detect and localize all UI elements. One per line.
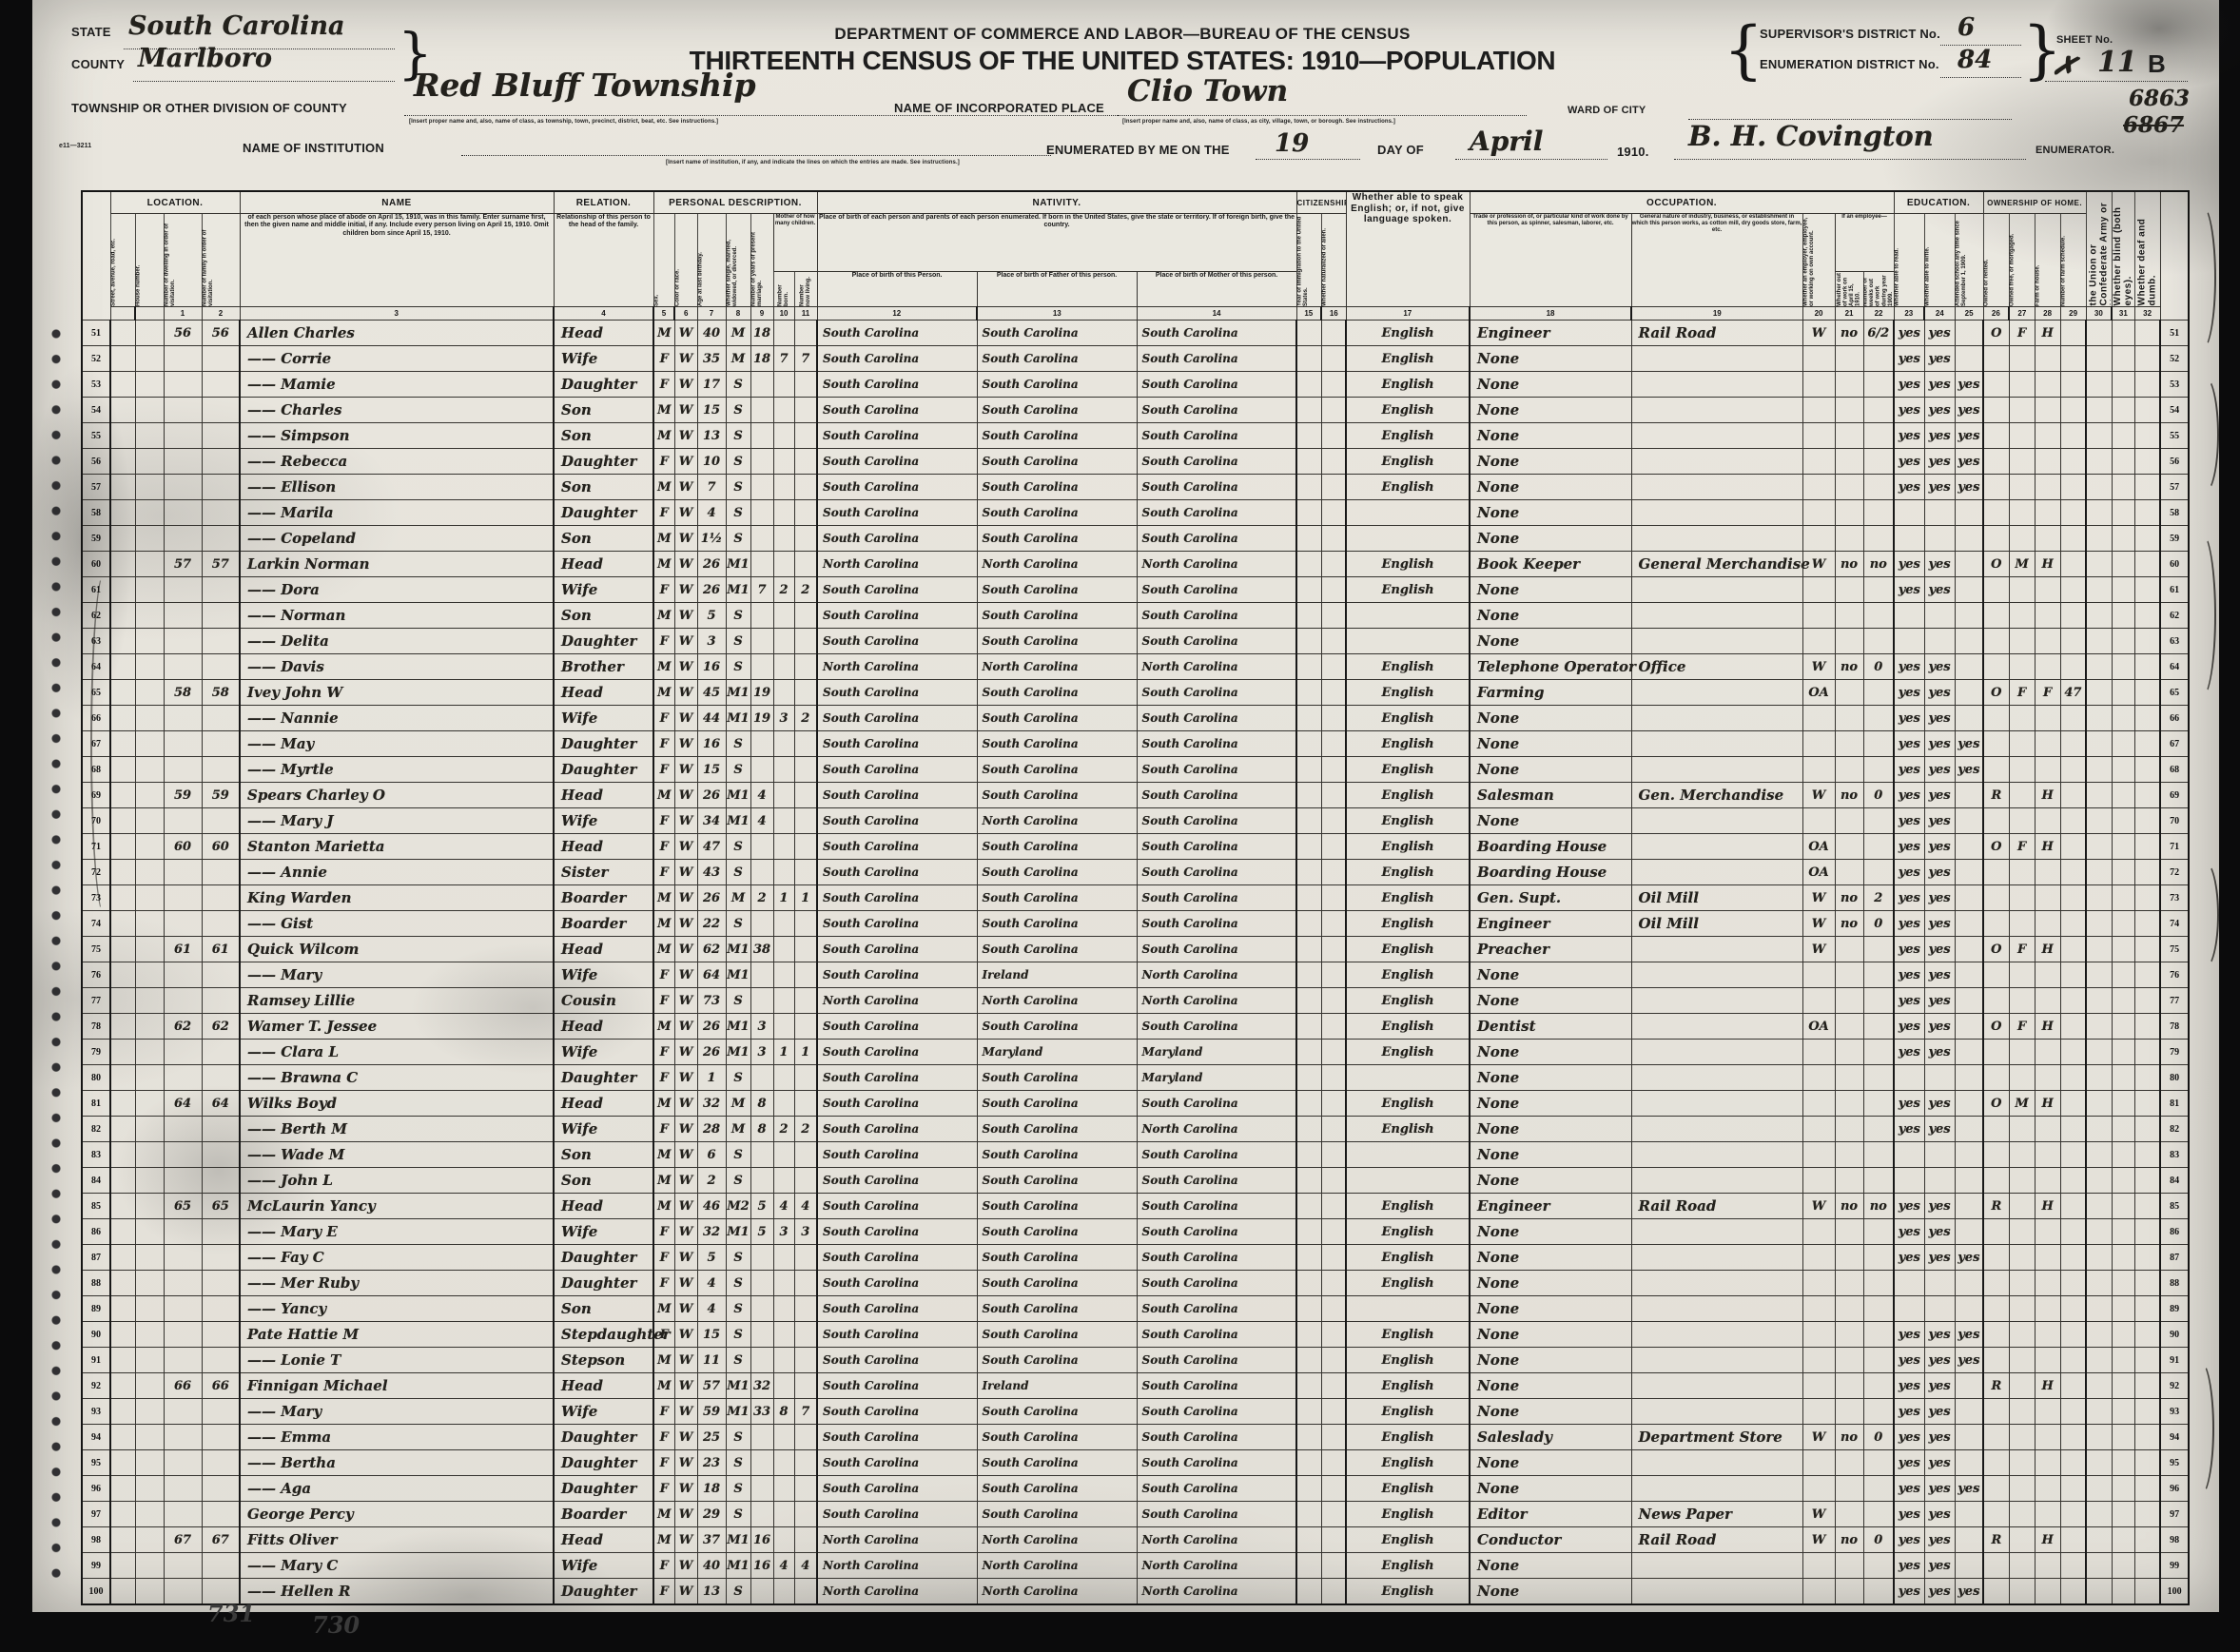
attended-school-cell <box>1955 1553 1983 1579</box>
blind-cell <box>2112 552 2134 577</box>
sex-cell: M <box>653 1527 674 1553</box>
attended-school-cell <box>1955 1219 1983 1245</box>
blind-cell <box>2112 423 2134 449</box>
person-name-cell: —— Delita <box>240 629 554 654</box>
industry-cell <box>1631 398 1802 423</box>
out-of-work-cell: no <box>1835 552 1863 577</box>
deaf-dumb-cell <box>2134 423 2160 449</box>
relation-cell: Wife <box>554 1040 653 1065</box>
blind-cell <box>2112 1296 2134 1322</box>
race-cell: W <box>674 1040 697 1065</box>
trade-cell: None <box>1470 1348 1631 1373</box>
attended-school-cell <box>1955 962 1983 988</box>
speaks-english-cell: English <box>1346 834 1470 860</box>
naturalized-cell <box>1321 1348 1346 1373</box>
attended-school-cell <box>1955 1502 1983 1527</box>
race-cell: W <box>674 449 697 475</box>
sex-cell: F <box>653 449 674 475</box>
line-number-left-cell: 100 <box>82 1579 110 1605</box>
birthplace-cell: South Carolina <box>817 603 977 629</box>
mother-birthplace-cell: North Carolina <box>1137 1117 1296 1142</box>
free-or-mortgaged-cell <box>2009 1296 2035 1322</box>
weeks-out-of-work-cell <box>1863 526 1894 552</box>
col-sex: Sex. <box>653 214 674 307</box>
marital-status-cell: S <box>726 1168 750 1194</box>
employer-class-cell <box>1802 526 1835 552</box>
census-title: THIRTEENTH CENSUS OF THE UNITED STATES: … <box>690 46 1556 75</box>
able-to-read-cell <box>1894 1296 1924 1322</box>
industry-cell <box>1631 629 1802 654</box>
age-cell: 13 <box>697 1579 726 1605</box>
birthplace-cell: South Carolina <box>817 1322 977 1348</box>
sex-cell: F <box>653 372 674 398</box>
father-birthplace-cell: North Carolina <box>977 1553 1137 1579</box>
person-name-cell: —— Norman <box>240 603 554 629</box>
age-cell: 7 <box>697 475 726 500</box>
survivor-cell <box>2086 860 2112 885</box>
dwelling-number-cell: 57 <box>164 552 202 577</box>
trade-cell: Engineer <box>1470 321 1631 346</box>
mother-birthplace-cell: South Carolina <box>1137 911 1296 937</box>
survivor-cell <box>2086 1117 2112 1142</box>
speaks-english-cell: English <box>1346 757 1470 783</box>
children-living-cell <box>794 1476 817 1502</box>
able-to-read-cell: yes <box>1894 937 1924 962</box>
relation-cell: Head <box>554 680 653 706</box>
line-number-left-cell: 83 <box>82 1142 110 1168</box>
free-or-mortgaged-cell <box>2009 1399 2035 1425</box>
father-birthplace-cell: South Carolina <box>977 1271 1137 1296</box>
children-living-cell: 7 <box>794 346 817 372</box>
industry-cell <box>1631 1065 1802 1091</box>
survivor-cell <box>2086 321 2112 346</box>
able-to-read-cell: yes <box>1894 1014 1924 1040</box>
able-to-read-cell: yes <box>1894 654 1924 680</box>
trade-cell: None <box>1470 1296 1631 1322</box>
deaf-dumb-cell <box>2134 1527 2160 1553</box>
out-of-work-cell <box>1835 808 1863 834</box>
line-number-left-cell: 95 <box>82 1450 110 1476</box>
industry-cell <box>1631 1296 1802 1322</box>
children-born-cell <box>773 731 794 757</box>
naturalized-cell <box>1321 885 1346 911</box>
children-born-cell <box>773 1527 794 1553</box>
survivor-cell <box>2086 988 2112 1014</box>
line-number-right-cell: 63 <box>2160 629 2189 654</box>
industry-cell <box>1631 1373 1802 1399</box>
attended-school-cell <box>1955 1527 1983 1553</box>
dwelling-number-cell <box>164 1168 202 1194</box>
survivor-cell <box>2086 1553 2112 1579</box>
house-number-cell <box>135 603 164 629</box>
line-number-right-cell: 95 <box>2160 1450 2189 1476</box>
immigration-year-cell <box>1296 962 1321 988</box>
house-number-cell <box>135 1425 164 1450</box>
sex-cell: F <box>653 500 674 526</box>
owned-or-rented-cell <box>1983 962 2009 988</box>
trade-cell: None <box>1470 808 1631 834</box>
immigration-year-cell <box>1296 1527 1321 1553</box>
owned-or-rented-cell <box>1983 1168 2009 1194</box>
line-number-left-cell: 94 <box>82 1425 110 1450</box>
children-born-cell: 7 <box>773 346 794 372</box>
street-cell <box>110 372 135 398</box>
weeks-out-of-work-cell <box>1863 1450 1894 1476</box>
col-trade: Trade or profession of, or particular ki… <box>1470 214 1631 307</box>
owned-or-rented-cell <box>1983 1399 2009 1425</box>
able-to-read-cell: yes <box>1894 1450 1924 1476</box>
children-living-cell <box>794 654 817 680</box>
age-cell: 1 <box>697 1065 726 1091</box>
out-of-work-cell <box>1835 1348 1863 1373</box>
children-living-cell <box>794 1373 817 1399</box>
house-number-cell <box>135 1476 164 1502</box>
person-name-cell: McLaurin Yancy <box>240 1194 554 1219</box>
mother-birthplace-cell: South Carolina <box>1137 398 1296 423</box>
owned-or-rented-cell <box>1983 1219 2009 1245</box>
weeks-out-of-work-cell <box>1863 988 1894 1014</box>
age-cell: 32 <box>697 1091 726 1117</box>
able-to-read-cell: yes <box>1894 962 1924 988</box>
children-born-cell <box>773 1348 794 1373</box>
survivor-cell <box>2086 1040 2112 1065</box>
employer-class-cell <box>1802 1219 1835 1245</box>
section-relation: RELATION. <box>554 191 653 214</box>
blind-cell <box>2112 1502 2134 1527</box>
relation-cell: Brother <box>554 654 653 680</box>
out-of-work-cell <box>1835 1245 1863 1271</box>
naturalized-cell <box>1321 680 1346 706</box>
father-birthplace-cell: South Carolina <box>977 834 1137 860</box>
years-married-cell <box>750 449 773 475</box>
family-number-cell <box>202 1296 240 1322</box>
relation-cell: Wife <box>554 346 653 372</box>
children-living-cell <box>794 680 817 706</box>
farm-schedule-cell <box>2060 783 2086 808</box>
speaks-english-cell: English <box>1346 1194 1470 1219</box>
able-to-read-cell: yes <box>1894 988 1924 1014</box>
deaf-dumb-cell <box>2134 1296 2160 1322</box>
dwelling-number-cell <box>164 1502 202 1527</box>
census-row: 515656Allen CharlesHeadMW40M18South Caro… <box>82 321 2189 346</box>
sex-cell: F <box>653 988 674 1014</box>
survivor-cell <box>2086 1219 2112 1245</box>
line-number-right-cell: 69 <box>2160 783 2189 808</box>
children-born-cell <box>773 860 794 885</box>
birthplace-cell: South Carolina <box>817 398 977 423</box>
enumerator-signature: B. H. Covington <box>1688 120 1934 152</box>
years-married-cell: 38 <box>750 937 773 962</box>
industry-cell <box>1631 860 1802 885</box>
weeks-out-of-work-cell: 6/2 <box>1863 321 1894 346</box>
able-to-write-cell: yes <box>1924 577 1955 603</box>
marital-status-cell: S <box>726 757 750 783</box>
family-number-cell <box>202 1450 240 1476</box>
family-number-cell <box>202 988 240 1014</box>
farm-or-house-cell <box>2035 1117 2060 1142</box>
father-birthplace-cell: South Carolina <box>977 1065 1137 1091</box>
deaf-dumb-cell <box>2134 552 2160 577</box>
enumerated-label-2: DAY OF <box>1377 143 1424 157</box>
race-cell: W <box>674 577 697 603</box>
marital-status-cell: S <box>726 475 750 500</box>
birthplace-cell: South Carolina <box>817 860 977 885</box>
owned-or-rented-cell: O <box>1983 552 2009 577</box>
person-name-cell: —— May <box>240 731 554 757</box>
father-birthplace-cell: South Carolina <box>977 885 1137 911</box>
column-number: 9 <box>750 307 773 321</box>
race-cell: W <box>674 1091 697 1117</box>
race-cell: W <box>674 731 697 757</box>
age-cell: 4 <box>697 1296 726 1322</box>
census-table-body: 515656Allen CharlesHeadMW40M18South Caro… <box>82 321 2189 1605</box>
immigration-year-cell <box>1296 654 1321 680</box>
weeks-out-of-work-cell <box>1863 603 1894 629</box>
person-name-cell: —— Hellen R <box>240 1579 554 1605</box>
form-number: e11—3211 <box>59 143 91 149</box>
dwelling-number-cell: 64 <box>164 1091 202 1117</box>
blind-cell <box>2112 629 2134 654</box>
owned-or-rented-cell <box>1983 1450 2009 1476</box>
scanned-census-page: STATE South Carolina COUNTY Marlboro } D… <box>0 0 2240 1652</box>
line-number-right-cell: 74 <box>2160 911 2189 937</box>
weeks-out-of-work-cell <box>1863 1014 1894 1040</box>
age-cell: 15 <box>697 757 726 783</box>
section-citizenship: CITIZENSHIP. <box>1296 191 1346 214</box>
line-number-right-cell: 82 <box>2160 1117 2189 1142</box>
deaf-dumb-cell <box>2134 757 2160 783</box>
children-born-cell <box>773 321 794 346</box>
farm-schedule-cell <box>2060 834 2086 860</box>
census-row: 89—— YancySonMW4SSouth CarolinaSouth Car… <box>82 1296 2189 1322</box>
immigration-year-cell <box>1296 1271 1321 1296</box>
census-row: 87—— Fay CDaughterFW5SSouth CarolinaSout… <box>82 1245 2189 1271</box>
farm-or-house-cell <box>2035 808 2060 834</box>
industry-cell <box>1631 1040 1802 1065</box>
employer-class-cell <box>1802 398 1835 423</box>
owned-or-rented-cell <box>1983 603 2009 629</box>
sex-cell: F <box>653 1553 674 1579</box>
years-married-cell: 4 <box>750 783 773 808</box>
attended-school-cell <box>1955 937 1983 962</box>
relation-cell: Daughter <box>554 1271 653 1296</box>
house-number-cell <box>135 1399 164 1425</box>
age-cell: 3 <box>697 629 726 654</box>
column-number: 17 <box>1346 307 1470 321</box>
census-row: 73King WardenBoarderMW26M211South Caroli… <box>82 885 2189 911</box>
race-cell: W <box>674 1450 697 1476</box>
speaks-english-cell: English <box>1346 1091 1470 1117</box>
years-married-cell <box>750 603 773 629</box>
census-row: 695959Spears Charley OHeadMW26M14South C… <box>82 783 2189 808</box>
sex-cell: F <box>653 860 674 885</box>
stamp-number: 6863 <box>2129 86 2190 111</box>
census-row: 63—— DelitaDaughterFW3SSouth CarolinaSou… <box>82 629 2189 654</box>
children-born-cell <box>773 1296 794 1322</box>
free-or-mortgaged-cell <box>2009 1373 2035 1399</box>
farm-or-house-cell <box>2035 398 2060 423</box>
house-number-cell <box>135 1219 164 1245</box>
employer-class-cell <box>1802 962 1835 988</box>
survivor-cell <box>2086 372 2112 398</box>
supervisor-value: 6 <box>1958 13 1975 42</box>
farm-schedule-cell <box>2060 475 2086 500</box>
person-name-cell: Ramsey Lillie <box>240 988 554 1014</box>
dwelling-number-cell <box>164 860 202 885</box>
children-born-cell <box>773 475 794 500</box>
person-name-cell: —— Dora <box>240 577 554 603</box>
relation-cell: Daughter <box>554 1245 653 1271</box>
line-number-right-cell: 56 <box>2160 449 2189 475</box>
able-to-write-cell: yes <box>1924 449 1955 475</box>
blind-cell <box>2112 757 2134 783</box>
person-name-cell: Allen Charles <box>240 321 554 346</box>
family-number-cell: 62 <box>202 1014 240 1040</box>
weeks-out-of-work-cell: 0 <box>1863 783 1894 808</box>
age-cell: 46 <box>697 1194 726 1219</box>
house-number-cell <box>135 1527 164 1553</box>
speaks-english-cell: English <box>1346 1040 1470 1065</box>
age-cell: 13 <box>697 423 726 449</box>
survivor-cell <box>2086 475 2112 500</box>
deaf-dumb-cell <box>2134 1373 2160 1399</box>
person-name-cell: —— Lonie T <box>240 1348 554 1373</box>
blind-cell <box>2112 475 2134 500</box>
owned-or-rented-cell: O <box>1983 834 2009 860</box>
weeks-out-of-work-cell <box>1863 1399 1894 1425</box>
weeks-out-of-work-cell <box>1863 1348 1894 1373</box>
family-number-cell <box>202 808 240 834</box>
immigration-year-cell <box>1296 423 1321 449</box>
farm-schedule-cell <box>2060 731 2086 757</box>
naturalized-cell <box>1321 475 1346 500</box>
immigration-year-cell <box>1296 1476 1321 1502</box>
trade-cell: Dentist <box>1470 1014 1631 1040</box>
sheet-suffix: B <box>2148 49 2166 79</box>
age-cell: 26 <box>697 783 726 808</box>
person-name-cell: George Percy <box>240 1502 554 1527</box>
years-married-cell: 3 <box>750 1040 773 1065</box>
line-number-right-cell: 96 <box>2160 1476 2189 1502</box>
children-born-cell <box>773 552 794 577</box>
owned-or-rented-cell <box>1983 1502 2009 1527</box>
mother-birthplace-cell: South Carolina <box>1137 808 1296 834</box>
attended-school-cell <box>1955 1399 1983 1425</box>
children-born-cell: 4 <box>773 1553 794 1579</box>
farm-schedule-cell <box>2060 1245 2086 1271</box>
children-born-cell <box>773 757 794 783</box>
attended-school-cell: yes <box>1955 449 1983 475</box>
mother-birthplace-cell: South Carolina <box>1137 1373 1296 1399</box>
sex-cell: F <box>653 1245 674 1271</box>
birthplace-cell: South Carolina <box>817 1502 977 1527</box>
sex-cell: F <box>653 757 674 783</box>
able-to-write-cell: yes <box>1924 1245 1955 1271</box>
immigration-year-cell <box>1296 1194 1321 1219</box>
line-number-right-cell: 58 <box>2160 500 2189 526</box>
birthplace-cell: South Carolina <box>817 449 977 475</box>
line-number-left-cell: 97 <box>82 1502 110 1527</box>
marital-status-cell: M1 <box>726 552 750 577</box>
father-birthplace-cell: North Carolina <box>977 552 1137 577</box>
line-number-right-cell: 97 <box>2160 1502 2189 1527</box>
line-number-right-cell: 86 <box>2160 1219 2189 1245</box>
trade-cell: None <box>1470 449 1631 475</box>
children-born-cell <box>773 1425 794 1450</box>
mother-birthplace-cell: South Carolina <box>1137 1168 1296 1194</box>
industry-cell: Rail Road <box>1631 321 1802 346</box>
able-to-write-cell: yes <box>1924 731 1955 757</box>
farm-schedule-cell <box>2060 603 2086 629</box>
naturalized-cell <box>1321 1322 1346 1348</box>
immigration-year-cell <box>1296 475 1321 500</box>
immigration-year-cell <box>1296 808 1321 834</box>
marital-status-cell: M <box>726 1117 750 1142</box>
free-or-mortgaged-cell <box>2009 1322 2035 1348</box>
able-to-read-cell: yes <box>1894 1091 1924 1117</box>
farm-schedule-cell <box>2060 1348 2086 1373</box>
out-of-work-cell: no <box>1835 1527 1863 1553</box>
relation-cell: Son <box>554 1296 653 1322</box>
age-cell: 44 <box>697 706 726 731</box>
trade-cell: None <box>1470 577 1631 603</box>
naturalized-cell <box>1321 1245 1346 1271</box>
owned-or-rented-cell <box>1983 1553 2009 1579</box>
line-number-right-cell: 79 <box>2160 1040 2189 1065</box>
family-number-cell <box>202 475 240 500</box>
attended-school-cell <box>1955 834 1983 860</box>
person-name-cell: —— John L <box>240 1168 554 1194</box>
employer-class-cell <box>1802 629 1835 654</box>
years-married-cell <box>750 552 773 577</box>
free-or-mortgaged-cell <box>2009 1450 2035 1476</box>
marital-status-cell: S <box>726 372 750 398</box>
relation-cell: Head <box>554 937 653 962</box>
industry-cell <box>1631 680 1802 706</box>
naturalized-cell <box>1321 834 1346 860</box>
children-living-cell: 2 <box>794 706 817 731</box>
farm-or-house-cell <box>2035 1219 2060 1245</box>
farm-schedule-cell <box>2060 449 2086 475</box>
children-living-cell: 2 <box>794 1117 817 1142</box>
person-name-cell: Larkin Norman <box>240 552 554 577</box>
out-of-work-cell <box>1835 988 1863 1014</box>
owned-or-rented-cell <box>1983 860 2009 885</box>
deaf-dumb-cell <box>2134 1450 2160 1476</box>
line-number-left-cell: 84 <box>82 1168 110 1194</box>
sex-cell: F <box>653 1579 674 1605</box>
industry-cell <box>1631 1014 1802 1040</box>
dwelling-number-cell: 65 <box>164 1194 202 1219</box>
immigration-year-cell <box>1296 783 1321 808</box>
employer-class-cell: W <box>1802 1425 1835 1450</box>
children-born-cell: 8 <box>773 1399 794 1425</box>
able-to-read-cell: yes <box>1894 860 1924 885</box>
naturalized-cell <box>1321 1219 1346 1245</box>
father-birthplace-cell: South Carolina <box>977 911 1137 937</box>
trade-cell: Conductor <box>1470 1527 1631 1553</box>
farm-schedule-cell <box>2060 962 2086 988</box>
dwelling-number-cell <box>164 423 202 449</box>
employer-class-cell: W <box>1802 911 1835 937</box>
census-row: 756161Quick WilcomHeadMW62M138South Caro… <box>82 937 2189 962</box>
relation-cell: Son <box>554 603 653 629</box>
sex-cell: M <box>653 475 674 500</box>
family-number-cell <box>202 885 240 911</box>
birthplace-cell: South Carolina <box>817 731 977 757</box>
column-number <box>135 307 164 321</box>
out-of-work-cell <box>1835 603 1863 629</box>
